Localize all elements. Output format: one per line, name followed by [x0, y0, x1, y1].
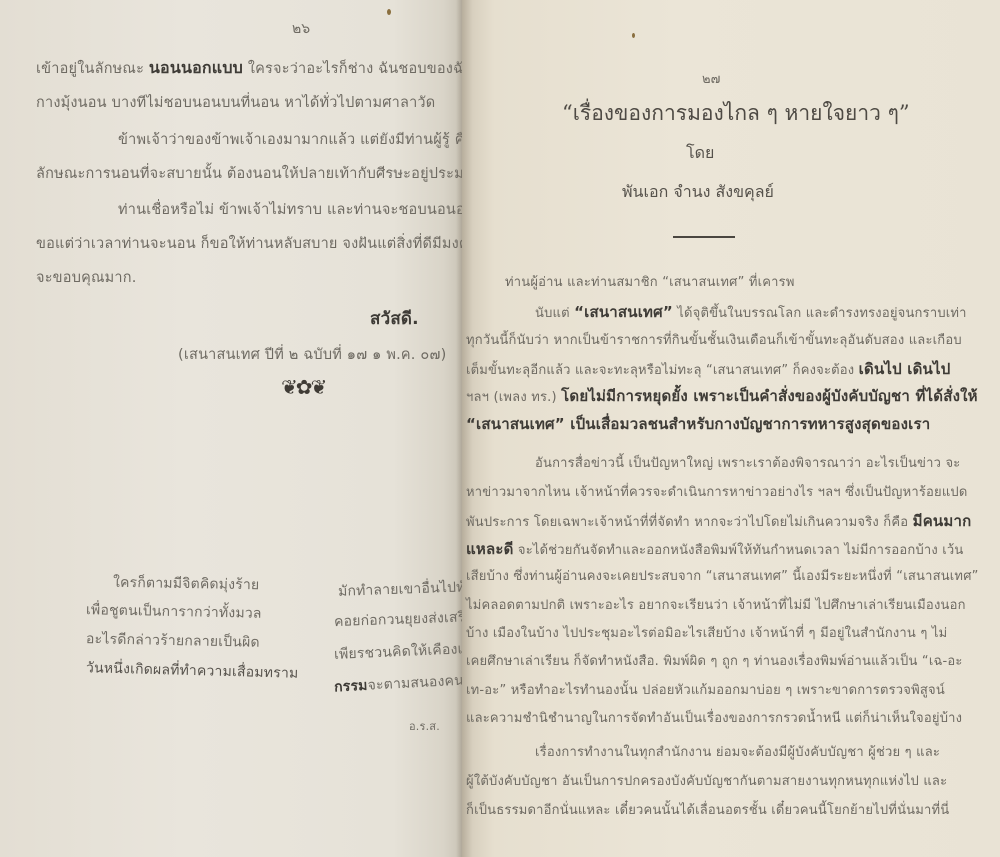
text-run: ฯลฯ (เพลง ทร.) — [466, 390, 561, 405]
text-run: เข้าอยู่ในลักษณะ — [36, 61, 149, 77]
poem-line: กรรมจะตามสนองคนมุ่งร้าย — [334, 668, 462, 699]
title-divider — [673, 236, 735, 238]
poem-signature: อ.ร.ส. — [409, 717, 440, 735]
text-line: บ้าง เมืองในบ้าง ไปประชุมอะไรต่อมิอะไรเส… — [466, 622, 947, 643]
text-run: ได้จุติขึ้นในบรรณโลก และดำรงทรงอยู่จนกรา… — [673, 306, 967, 321]
article-title: “เรื่องของการมองไกล ๆ หายใจยาว ๆ” — [562, 97, 910, 130]
bold-phrase: กรรม — [334, 678, 368, 696]
page-number-left: ๒๖ — [292, 18, 310, 40]
text-line: ข้าพเจ้าว่าของข้าพเจ้าเองมามากแล้ว แต่ยั… — [118, 128, 462, 151]
text-line: ขอแต่ว่าเวลาท่านจะนอน ก็ขอให้ท่านหลับสบา… — [36, 232, 462, 255]
source-citation: (เสนาสนเทศ ปีที่ ๒ ฉบับที่ ๑๗ ๑ พ.ค. ๐๗) — [178, 343, 446, 366]
text-line: พันประการ โดยเฉพาะเจ้าหน้าที่ที่จัดทำ หา… — [466, 509, 971, 533]
author-name: พันเอก จำนง สังขคุลย์ — [622, 180, 774, 205]
text-line: เข้าอยู่ในลักษณะ นอนนอกแบบ ใครจะว่าอะไรก… — [36, 56, 462, 81]
poem-line: มักทำลายเขาอื่นไปทั่วถ้วน — [338, 575, 462, 603]
open-book: ๒๖ เข้าอยู่ในลักษณะ นอนนอกแบบ ใครจะว่าอะ… — [0, 0, 1000, 857]
text-line: ก็เป็นธรรมดาอีกนั่นแหละ เดี๋ยวคนนั้นได้เ… — [466, 799, 949, 820]
text-run: จะได้ช่วยกันจัดทำและออกหนังสือพิมพ์ให้ทั… — [514, 543, 964, 558]
poem-line: เพื่อชูตนเป็นการากว่าทั้งมวล — [86, 599, 262, 625]
text-line: นับแต่ “เสนาสนเทศ” ได้จุติขึ้นในบรรณโลก … — [535, 300, 967, 324]
text-run: พันประการ โดยเฉพาะเจ้าหน้าที่ที่จัดทำ หา… — [466, 515, 913, 530]
bold-phrase: นอนนอกแบบ — [149, 58, 243, 77]
bold-phrase: มีคนมาก — [913, 512, 972, 530]
poem-line: ใครก็ตามมีจิตคิดมุ่งร้าย — [113, 572, 260, 597]
text-run: เต็มขั้นทะลุอีกแล้ว และจะทะลุหรือไม่ทะลุ… — [466, 363, 859, 378]
text-line: อันการสื่อข่าวนี้ เป็นปัญหาใหญ่ เพราะเรา… — [535, 452, 960, 473]
paper-stain — [387, 9, 391, 15]
left-page: ๒๖ เข้าอยู่ในลักษณะ นอนนอกแบบ ใครจะว่าอะ… — [0, 0, 462, 857]
text-line: ทุกวันนี้ก็นับว่า หากเป็นข้าราชการที่กิน… — [466, 329, 962, 350]
poem-line: วันหนึ่งเกิดผลที่ทำความเสื่อมทราม — [86, 657, 299, 685]
text-line: ท่านเชื่อหรือไม่ ข้าพเจ้าไม่ทราบ และท่าน… — [118, 198, 462, 221]
paper-stain — [632, 33, 635, 38]
poem-line: เพียรชวนคิดให้เคืองเกลียดชัง — [334, 636, 462, 666]
text-line: เสียบ้าง ซึ่งท่านผู้อ่านคงจะเคยประสบจาก … — [466, 565, 979, 586]
text-line: “เสนาสนเทศ” เป็นเสื่อมวลชนสำหรับกางบัญชา… — [466, 412, 930, 436]
text-line: ลักษณะการนอนที่จะสบายนั้น ต้องนอนให้ปลาย… — [36, 162, 462, 185]
text-line: ท่านผู้อ่าน และท่านสมาชิก “เสนาสนเทศ” ที… — [505, 271, 795, 292]
closing-salutation: สวัสดี. — [370, 305, 419, 332]
poem-line: อะไรดีกล่าวร้ายกลายเป็นผิด — [86, 628, 260, 654]
bold-phrase: โดยไม่มีการหยุดยั้ง เพราะเป็นคำสั่งของผู… — [561, 387, 978, 405]
text-run: จะตามสนองคนมุ่งร้าย — [367, 671, 462, 694]
byline-label: โดย — [686, 141, 714, 166]
ornament-icon: ❦✿❦ — [281, 375, 325, 399]
text-line: เท-อะ” หรือทำอะไรทำนองนั้น ปล่อยหัวแก้มอ… — [466, 679, 945, 700]
text-run: ใครจะว่าอะไรก็ช่าง ฉันชอบของฉันนี้ หา — [243, 61, 462, 77]
text-line: แหละดี จะได้ช่วยกันจัดทำและออกหนังสือพิม… — [466, 537, 964, 561]
text-line: เรื่องการทำงานในทุกสำนักงาน ย่อมจะต้องมี… — [535, 741, 940, 762]
bold-phrase: “เสนาสนเทศ” — [574, 303, 673, 321]
text-line: กางมุ้งนอน บางทีไม่ชอบนอนบนที่นอน หาได้ท… — [36, 91, 435, 114]
text-line: ไม่คลอดตามปกติ เพราะอะไร อยากจะเรียนว่า … — [466, 594, 966, 615]
text-run: นับแต่ — [535, 306, 574, 321]
text-line: ฯลฯ (เพลง ทร.) โดยไม่มีการหยุดยั้ง เพราะ… — [466, 384, 978, 408]
bold-phrase: แหละดี — [466, 540, 514, 558]
bold-phrase: เดินไป เดินไป — [859, 360, 951, 378]
text-line: ผู้ใต้บังคับบัญชา อันเป็นการปกครองบังคับ… — [466, 770, 947, 791]
text-line: จะขอบคุณมาก. — [36, 266, 137, 289]
text-line: หาข่าวมาจากไหน เจ้าหน้าที่ควรจะดำเนินการ… — [466, 481, 968, 502]
text-line: เต็มขั้นทะลุอีกแล้ว และจะทะลุหรือไม่ทะลุ… — [466, 357, 950, 381]
text-line: เคยศึกษาเล่าเรียน ก็จัดทำหนังสือ. พิมพ์ผ… — [466, 650, 963, 671]
page-number-right: ๒๗ — [702, 68, 720, 89]
right-page: ๒๗ “เรื่องของการมองไกล ๆ หายใจยาว ๆ” โดย… — [462, 0, 1000, 857]
text-line: และความชำนิชำนาญในการจัดทำอันเป็นเรื่องข… — [466, 707, 962, 728]
poem-line: คอยก่อกวนยุยงส่งเสริมความ — [334, 605, 462, 633]
